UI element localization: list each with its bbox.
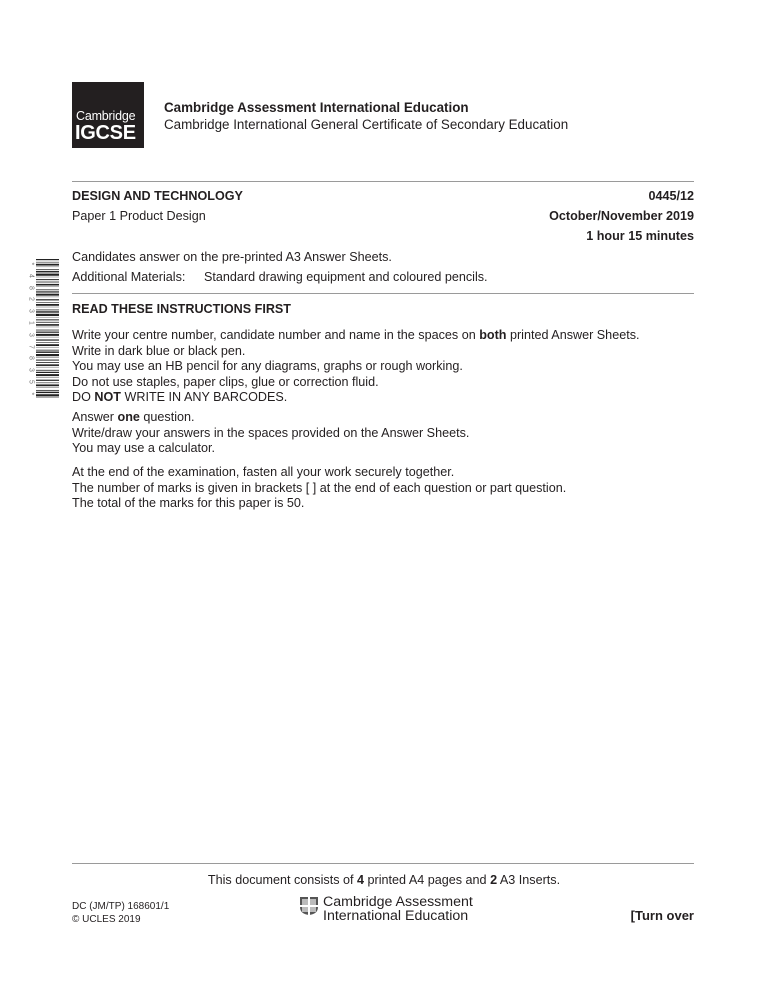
instruction-line: Answer one question. bbox=[72, 410, 469, 426]
answer-sheet-note: Candidates answer on the pre-printed A3 … bbox=[72, 250, 392, 264]
turn-over-label: [Turn over bbox=[631, 908, 694, 923]
instruction-line: You may use an HB pencil for any diagram… bbox=[72, 359, 640, 375]
exam-session: October/November 2019 bbox=[549, 209, 694, 223]
barcode-digit: 3 bbox=[25, 366, 37, 375]
organisation-name: Cambridge Assessment International Educa… bbox=[164, 100, 469, 115]
barcode-bars bbox=[36, 258, 59, 400]
barcode-digit: 4 bbox=[25, 271, 37, 280]
logo-igcse-text: IGCSE bbox=[75, 122, 136, 145]
instruction-line: DO NOT WRITE IN ANY BARCODES. bbox=[72, 390, 640, 406]
cae-logo-line2: International Education bbox=[323, 908, 468, 924]
instructions-block-answering: Answer one question.Write/draw your answ… bbox=[72, 410, 469, 457]
instructions-block-marks: At the end of the examination, fasten al… bbox=[72, 465, 566, 512]
barcode-digit: 1 bbox=[25, 318, 37, 327]
page-count-text: A3 Inserts. bbox=[497, 873, 560, 887]
document-page-count: This document consists of 4 printed A4 p… bbox=[0, 873, 768, 887]
page-count-number: 4 bbox=[357, 873, 364, 887]
exam-duration: 1 hour 15 minutes bbox=[586, 229, 694, 243]
instructions-heading: READ THESE INSTRUCTIONS FIRST bbox=[72, 302, 291, 316]
instruction-line: Do not use staples, paper clips, glue or… bbox=[72, 375, 640, 391]
barcode-digit: 7 bbox=[25, 342, 37, 351]
document-code: DC (JM/TP) 168601/1 bbox=[72, 900, 169, 913]
page-count-text: printed A4 pages and bbox=[364, 873, 490, 887]
barcode-digit: 8 bbox=[25, 354, 37, 363]
barcode-digits: *4823137835* bbox=[26, 258, 35, 400]
instruction-line: The number of marks is given in brackets… bbox=[72, 481, 566, 497]
copyright: © UCLES 2019 bbox=[72, 913, 169, 926]
qualification-name: Cambridge International General Certific… bbox=[164, 117, 568, 132]
cambridge-igcse-logo: Cambridge IGCSE bbox=[72, 82, 144, 148]
paper-title: Paper 1 Product Design bbox=[72, 209, 206, 223]
instruction-line: You may use a calculator. bbox=[72, 441, 469, 457]
barcode-digit: 8 bbox=[25, 283, 37, 292]
logo-cambridge-text: Cambridge bbox=[76, 109, 135, 123]
cambridge-crest-icon bbox=[299, 896, 319, 916]
additional-materials-label: Additional Materials: bbox=[72, 270, 185, 284]
page-count-text: This document consists of bbox=[208, 873, 357, 887]
barcode-digit: 3 bbox=[25, 330, 37, 339]
instruction-line: Write your centre number, candidate numb… bbox=[72, 328, 640, 344]
additional-materials-value: Standard drawing equipment and coloured … bbox=[204, 270, 488, 284]
barcode-digit: * bbox=[25, 259, 37, 268]
instruction-line: At the end of the examination, fasten al… bbox=[72, 465, 566, 481]
instructions-block-general: Write your centre number, candidate numb… bbox=[72, 328, 640, 406]
instruction-line: The total of the marks for this paper is… bbox=[72, 496, 566, 512]
divider-footer bbox=[72, 863, 694, 864]
barcode-digit: 3 bbox=[25, 307, 37, 316]
instruction-line: Write in dark blue or black pen. bbox=[72, 344, 640, 360]
barcode-digit: * bbox=[25, 389, 37, 398]
barcode-digit: 2 bbox=[25, 295, 37, 304]
instruction-line: Write/draw your answers in the spaces pr… bbox=[72, 426, 469, 442]
paper-code: 0445/12 bbox=[648, 189, 694, 203]
subject-title: DESIGN AND TECHNOLOGY bbox=[72, 189, 243, 203]
candidate-barcode: *4823137835* bbox=[26, 258, 62, 400]
barcode-digit: 5 bbox=[25, 377, 37, 386]
document-codes: DC (JM/TP) 168601/1 © UCLES 2019 bbox=[72, 900, 169, 926]
divider-instructions bbox=[72, 293, 694, 294]
divider-top bbox=[72, 181, 694, 182]
